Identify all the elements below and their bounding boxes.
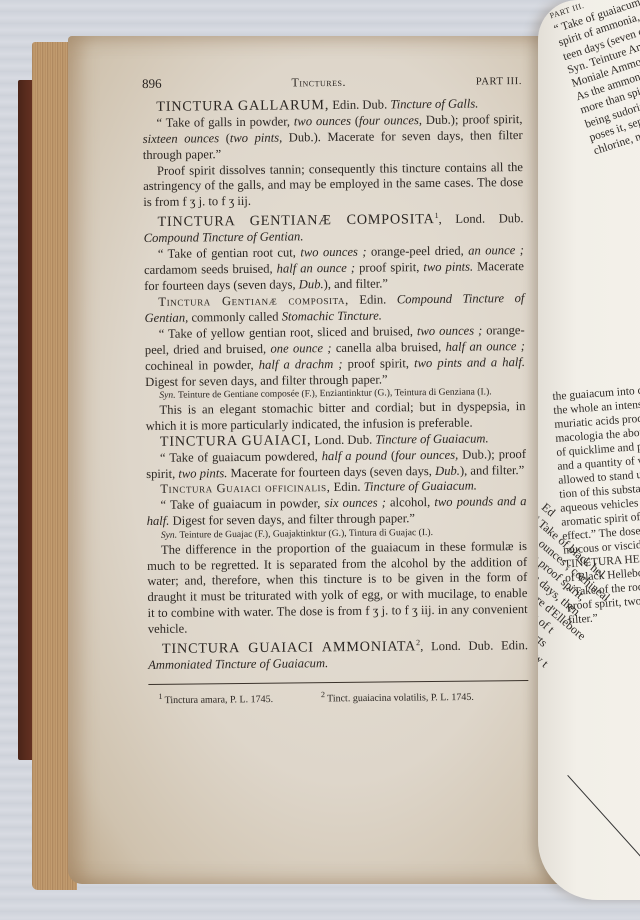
entry-title: TINCTURA GENTIANÆ COMPOSITA <box>157 211 434 230</box>
footnote: 2 Tinct. guaiacina volatilis, P. L. 1745… <box>321 686 474 708</box>
recipe-text: “ Take of galls in powder, two ounces (f… <box>142 112 522 164</box>
entry-heading: TINCTURA GENTIANÆ COMPOSITA1, Lond. Dub.… <box>143 207 523 247</box>
quantity: one ounce ; <box>270 341 331 356</box>
footnote-rule <box>148 680 528 685</box>
entry-heading: TINCTURA GUAIACI AMMONIATA2, Lond. Dub. … <box>148 634 528 674</box>
footnotes: 1 Tinctura amara, P. L. 1745.2 Tinct. gu… <box>148 685 528 709</box>
english-name: Ammoniated Tincture of Guaiacum. <box>148 656 328 672</box>
quantity: Dub. <box>435 463 460 477</box>
pharmacopoeia-refs: , Lond. Dub. Edin. <box>420 638 528 653</box>
entry-title: Tinctura Gentianæ composita, <box>158 293 349 309</box>
quantity: two pints. <box>178 466 227 481</box>
part-label: PART III. <box>476 74 522 90</box>
quantity: four ounces, <box>395 447 458 462</box>
quantity: six ounces ; <box>324 496 386 511</box>
right-page-text-top: PART III. “ Take of guaiacumspirit of am… <box>548 0 640 159</box>
running-head: 896 Tinctures. PART III. <box>142 72 522 94</box>
footnote-number: 1 <box>158 692 164 701</box>
quantity: two ounces ; <box>417 323 482 338</box>
quantity: half an ounce ; <box>445 339 524 354</box>
quantity: two ounces <box>294 114 351 129</box>
heading-tail: commonly called <box>188 309 282 324</box>
common-name: Stomachic Tincture. <box>282 308 382 323</box>
entry-title: TINCTURA GUAIACI, <box>160 432 312 450</box>
entry-title: Tinctura Guaiaci officinalis, <box>160 480 330 496</box>
recipe-text: “ Take of guaiacum powdered, half a poun… <box>146 447 526 483</box>
quantity: sixteen ounces <box>143 131 220 146</box>
entries: TINCTURA GALLARUM, Edin. Dub. Tincture o… <box>142 96 528 674</box>
english-name: Compound Tincture of Gentian. <box>144 230 304 246</box>
quantity: two pints. <box>423 260 473 275</box>
pharmacopoeia-refs: Edin. <box>349 292 397 307</box>
recipe-text: “ Take of guaiacum in powder, six ounces… <box>146 494 526 530</box>
commentary: The difference in the proportion of the … <box>147 539 528 638</box>
recipe-text: “ Take of yellow gentian root, sliced an… <box>145 323 526 391</box>
quantity: an ounce ; <box>468 243 524 258</box>
left-page: 896 Tinctures. PART III. TINCTURA GALLAR… <box>68 36 568 884</box>
recipe-text: “ Take of gentian root cut, two ounces ;… <box>144 243 524 295</box>
pharmacopoeia-refs: , Lond. Dub. <box>439 211 524 226</box>
running-title: Tinctures. <box>291 75 346 91</box>
photo-scene: 896 Tinctures. PART III. TINCTURA GALLAR… <box>0 0 640 920</box>
syn-label: Syn. <box>159 390 178 401</box>
left-page-text: 896 Tinctures. PART III. TINCTURA GALLAR… <box>142 72 529 709</box>
pharmacopoeia-refs: Lond. Dub. <box>311 432 375 447</box>
entry-heading: Tinctura Gentianæ composita, Edin. Compo… <box>144 291 524 327</box>
pharmacopoeia-refs: Edin. Dub. <box>329 97 390 112</box>
quantity: Dub. <box>299 277 324 291</box>
quantity: two pints, <box>230 130 283 145</box>
english-name: Tincture of Galls. <box>390 96 478 111</box>
footnote: 1 Tinctura amara, P. L. 1745. <box>158 688 273 709</box>
commentary: Proof spirit dissolves tannin; consequen… <box>143 160 523 212</box>
quantity: two pints and a half. <box>414 355 525 370</box>
english-name: Tincture of Guaiacum. <box>364 479 477 494</box>
quantity: half an ounce ; <box>277 261 356 276</box>
entry-title: TINCTURA GALLARUM, <box>156 97 329 115</box>
quantity: four ounces, <box>359 113 422 128</box>
footnote-number: 2 <box>321 690 327 699</box>
page-number: 896 <box>142 76 162 92</box>
syn-label: Syn. <box>161 530 180 541</box>
quantity: half a pound <box>322 448 387 463</box>
quantity: half a drachm ; <box>259 357 343 372</box>
quantity: two ounces ; <box>300 245 366 260</box>
pharmacopoeia-refs: Edin. <box>330 480 363 494</box>
commentary: This is an elegant stomachic bitter and … <box>145 399 525 435</box>
entry-title: TINCTURA GUAIACI AMMONIATA <box>162 638 416 657</box>
english-name: Tincture of Guaiacum. <box>375 431 488 446</box>
right-page: PART III. “ Take of guaiacumspirit of am… <box>538 0 640 900</box>
